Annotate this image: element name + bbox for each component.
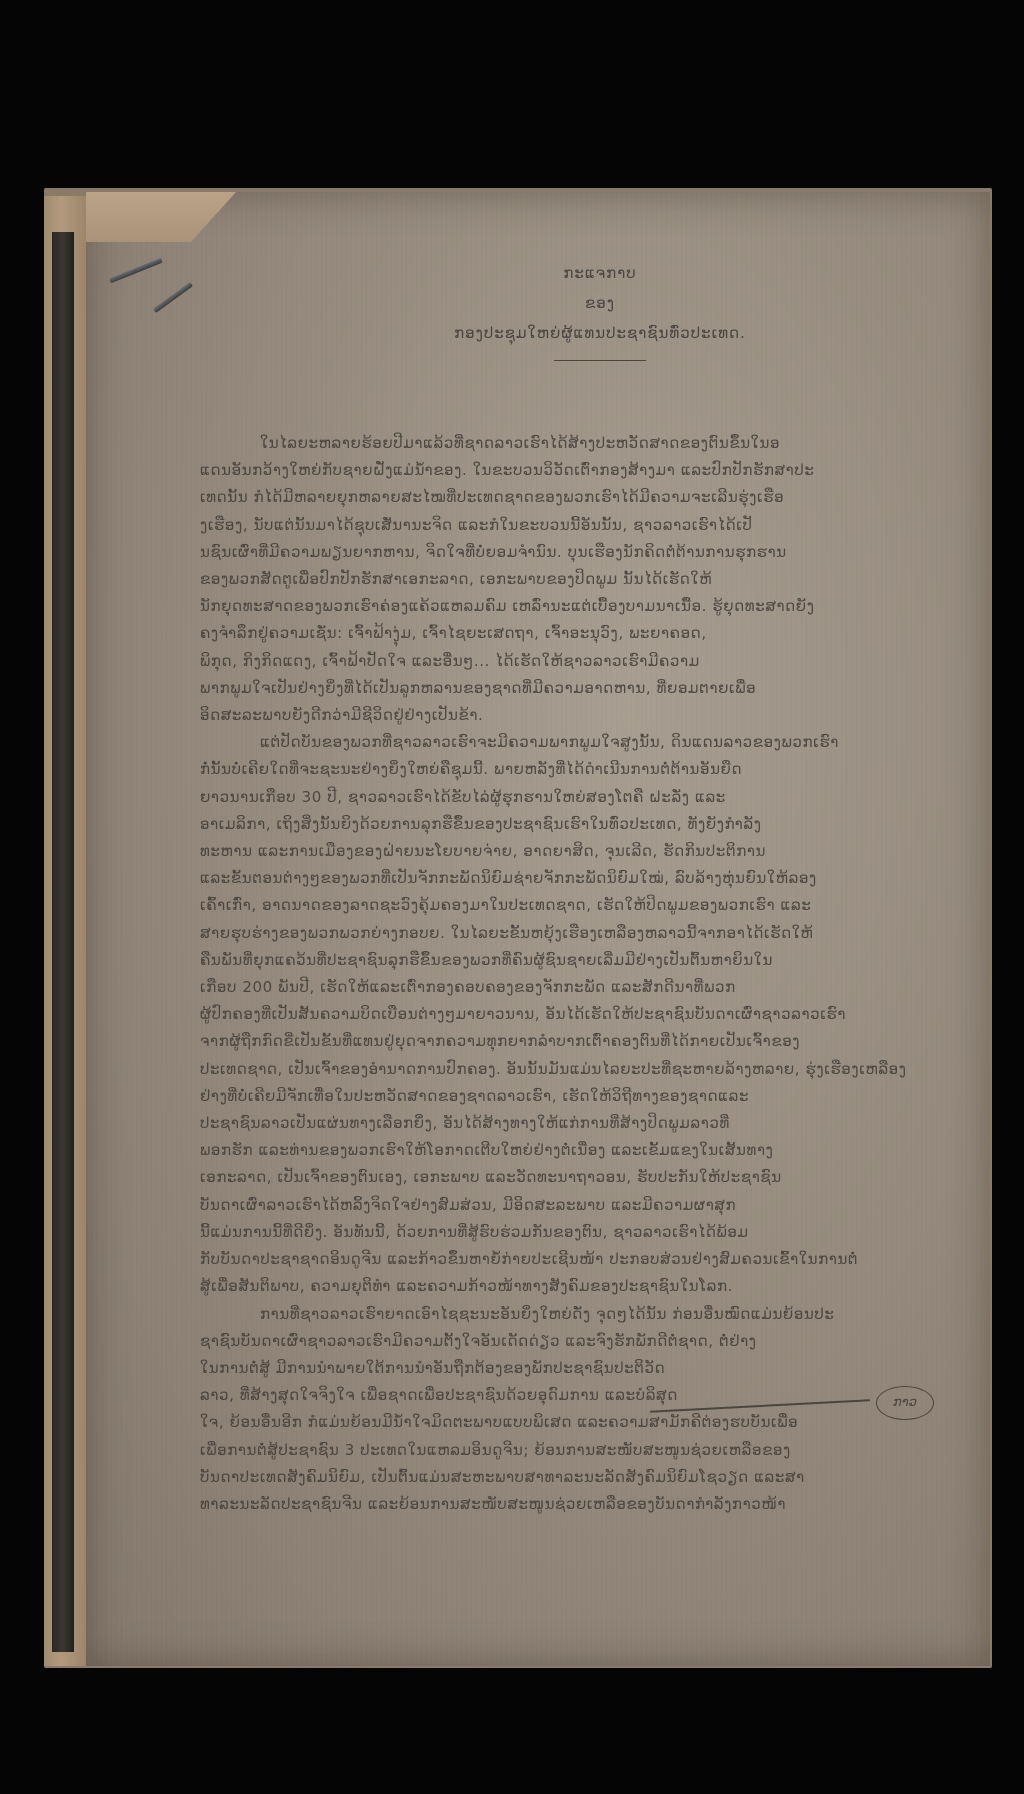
text-line: ບັນດາເຜົ່າລາວເຮົາໄດ້ຫລິ້ງຈິດໃຈຢ່າງສົມສ່ວ… — [200, 1192, 990, 1219]
title-underline — [554, 360, 646, 361]
text-line: ເອກະລາດ, ເປັນເຈົ້າຂອງຕົນເອງ, ເອກະພາບ ແລະ… — [200, 1164, 990, 1191]
handwritten-margin-note: ກາວ — [876, 1386, 934, 1420]
document-body: ໃນໄລຍະຫລາຍຮ້ອຍປີມາແລ້ວທີ່ຊາດລາວເຮົາໄດ້ສ້… — [200, 430, 990, 1518]
text-line: ຂອງພວກສັດຕູເພື່ອປົກປັກຮັກສາເອກະລາດ, ເອກະ… — [200, 566, 990, 593]
text-line: ເພື່ອການຕໍ່ສູ້ປະຊາຊົນ 3 ປະເທດໃນແຫລມອິນດູ… — [200, 1437, 990, 1464]
text-line: ຈາກຜູ້ຖືກກົດຂີ່ເປັນຂັ້ນທີ່ແທນຢູ່ຍຸດຈາກຄວ… — [200, 1028, 990, 1055]
text-line: ພອກຮັກ ແລະທ່ານຂອງພວກເຮົາໃຫ້ໂອກາດເຕີບໃຫຍ່… — [200, 1137, 990, 1164]
text-line: ຊາຊົນບັນດາເຜົ່າຊາວລາວເຮົາມີຄວາມຕັ້ງໃຈອັນ… — [200, 1328, 990, 1355]
binding-strip — [52, 232, 74, 1652]
text-line: ນີ້ແມ່ນການນີ້ທີ່ດີຍິ່ງ. ອັນທັນນີ້, ດ້ວຍກ… — [200, 1219, 990, 1246]
text-line: ຜູ້ປົກຄອງທີ່ເປັນສັ້ນຄວາມບິດເບືອນຕ່າງໆມາຍ… — [200, 1001, 990, 1028]
text-line: ຍາວນານເກືອບ 30 ປີ, ຊາວລາວເຮົາໄດ້ຂັບໄລ່ຜູ… — [200, 784, 990, 811]
text-line: ລາວ, ທີ່ສ້າງສຸດໃຈຈິງໃຈ ເພື່ອຊາດເພື່ອປະຊາ… — [200, 1382, 990, 1409]
text-line: ຄງຈຳລຶກຢູ່ຄວາມເຊັ່ນ: ເຈົ້າຟ້າງຸ່ມ, ເຈົ້າ… — [200, 620, 990, 647]
document-header: ກະແຈກາບ ຂອງ ກອງປະຊຸມໃຫຍ່ຜູ້ແທນປະຊາຊົນທົ່… — [300, 258, 900, 361]
header-line-2: ຂອງ — [300, 288, 900, 318]
text-line: ກັບບັນດາປະຊາຊາດອິນດູຈີນ ແລະກ້າວຂຶ້ນຫາຍໍ້… — [200, 1246, 990, 1273]
text-line: ສາຍຮຸບຮ່າງຂອງພວກພວກຍ່າງກອບຍ. ໃນໄລຍະຂັ້ນຫ… — [200, 920, 990, 947]
text-line: ອິດສະລະພາບຍັງດີກວ່າມີຊີວິດຢູ່ຢ່າງເປັນຂ້າ… — [200, 702, 990, 729]
header-line-1: ກະແຈກາບ — [300, 258, 900, 288]
text-line: ປະຊາຊົນລາວເປັນແຜ່ນທາງເລືອກຍິ່ງ, ອັນໄດ້ສ້… — [200, 1110, 990, 1137]
text-line: ແລະຂັ້ນຕອນຕ່າງໆຂອງພວກທີ່ເປັນຈັກກະພັດນິຍົ… — [200, 865, 990, 892]
text-line: ເກືອບ 200 ພັນປີ, ເຮັດໃຫ້ແລະເຕົ່າກອງຄອບຄອ… — [200, 974, 990, 1001]
text-line: ປະເທດຊາດ, ເປັນເຈົ້າຂອງອຳນາດການປົກຄອງ. ອັ… — [200, 1056, 990, 1083]
text-line: ບັນດາປະເທດສັງຄົມນິຍົມ, ເປັນຕົ້ນແມ່ນສະຫະພ… — [200, 1464, 990, 1491]
text-line: ຄືນພັນທີ່ຍຸກແຄວ້ນທີ່ປະຊາຊົນລຸກຮືຂຶ້ນຂອງພ… — [200, 947, 990, 974]
text-line: ແດນອັນກວ້າງໃຫຍ່ກັບຊາຍຝັ່ງແມ່ນ້ຳຂອງ. ໃນຂະ… — [200, 457, 990, 484]
text-line: ນຊົນເຜົ່າທີ່ມີຄວາມພຽນຍາກຫານ, ຈິດໃຈທີ່ບໍ່… — [200, 539, 990, 566]
text-line: ພິກຸດ, ກິງກິດແດງ, ເຈົ້າຟ້າປັດໃຈ ແລະອື່ນໆ… — [200, 648, 990, 675]
text-line: ທາລະນະລັດປະຊາຊົນຈີນ ແລະຍ້ອນການສະໜັບສະໜູນ… — [200, 1491, 990, 1518]
text-line: ນັກຍຸດທະສາດຂອງພວກເຮົາຄ່ອງແຄ້ວແຫລມຄົມ ເຫລ… — [200, 593, 990, 620]
text-line: ການທີ່ຊາວລາວເຮົາຍາດເອົາໄຊຊະນະອັນຍິ່ງໃຫຍ່… — [200, 1301, 990, 1328]
text-line: ໃຈ, ຍ້ອນອື່ນອີກ ກໍແມ່ນຍ້ອນມີນໍ້າໃຈມິດຕະພ… — [200, 1409, 990, 1436]
text-line: ແຕ່ປັດບັນຂອງພວກທີ່ຊາວລາວເຮົາຈະມີຄວາມພາກພ… — [200, 729, 990, 756]
text-line: ອາເມລິກາ, ເຖິງສິ່ງນັ້ນຍິງດ້ວຍການລຸກຮືຂຶ້… — [200, 811, 990, 838]
text-line: ເທດນັ້ນ ກໍໄດ້ມີຫລາຍຍຸກຫລາຍສະໄໝທີ່ປະເທດຊາ… — [200, 484, 990, 511]
text-line: ຢ່າງທີ່ບໍ່ເຄີຍມີຈັກເທື່ອໃນປະຫວັດສາດຂອງຊາ… — [200, 1083, 990, 1110]
text-line: ງເຮືອງ, ນັບແຕ່ນັ້ນມາໄດ້ຊຸບເສັ່ນານະຈິດ ແລ… — [200, 512, 990, 539]
document-title: ກອງປະຊຸມໃຫຍ່ຜູ້ແທນປະຊາຊົນທົ່ວປະເທດ. — [300, 318, 900, 348]
text-line: ກໍ່ນັ້ນບໍ່ເຄີຍໃດທີ່ຈະຊະນະຢ່າງຍິ່ງໃຫຍ່ຄືຊ… — [200, 756, 990, 783]
text-line: ໃນໄລຍະຫລາຍຮ້ອຍປີມາແລ້ວທີ່ຊາດລາວເຮົາໄດ້ສ້… — [200, 430, 990, 457]
text-line: ເຄົ້າເກົ່າ, ອາດນາດຂອງລາດຊະວົງຄຸ້ມຄອງມາໃນ… — [200, 892, 990, 919]
text-line: ທະຫານ ແລະການເມືອງຂອງຝ່າຍນະໂຍບາຍຈ່າຍ, ອາດ… — [200, 838, 990, 865]
text-line: ໃນການຕໍ່ສູ້ ມີການນຳພາຍໃຕ້ການນຳອັນຖືກຕ້ອງ… — [200, 1355, 990, 1382]
text-line: ສູ້ເພື່ອສັນຕິພາບ, ຄວາມຍຸຕິທຳ ແລະຄວາມກ້າວ… — [200, 1273, 990, 1300]
text-line: ພາກພູມໃຈເປັນຢ່າງຍິ່ງທີ່ໄດ້ເປັນລູກຫລານຂອງ… — [200, 675, 990, 702]
